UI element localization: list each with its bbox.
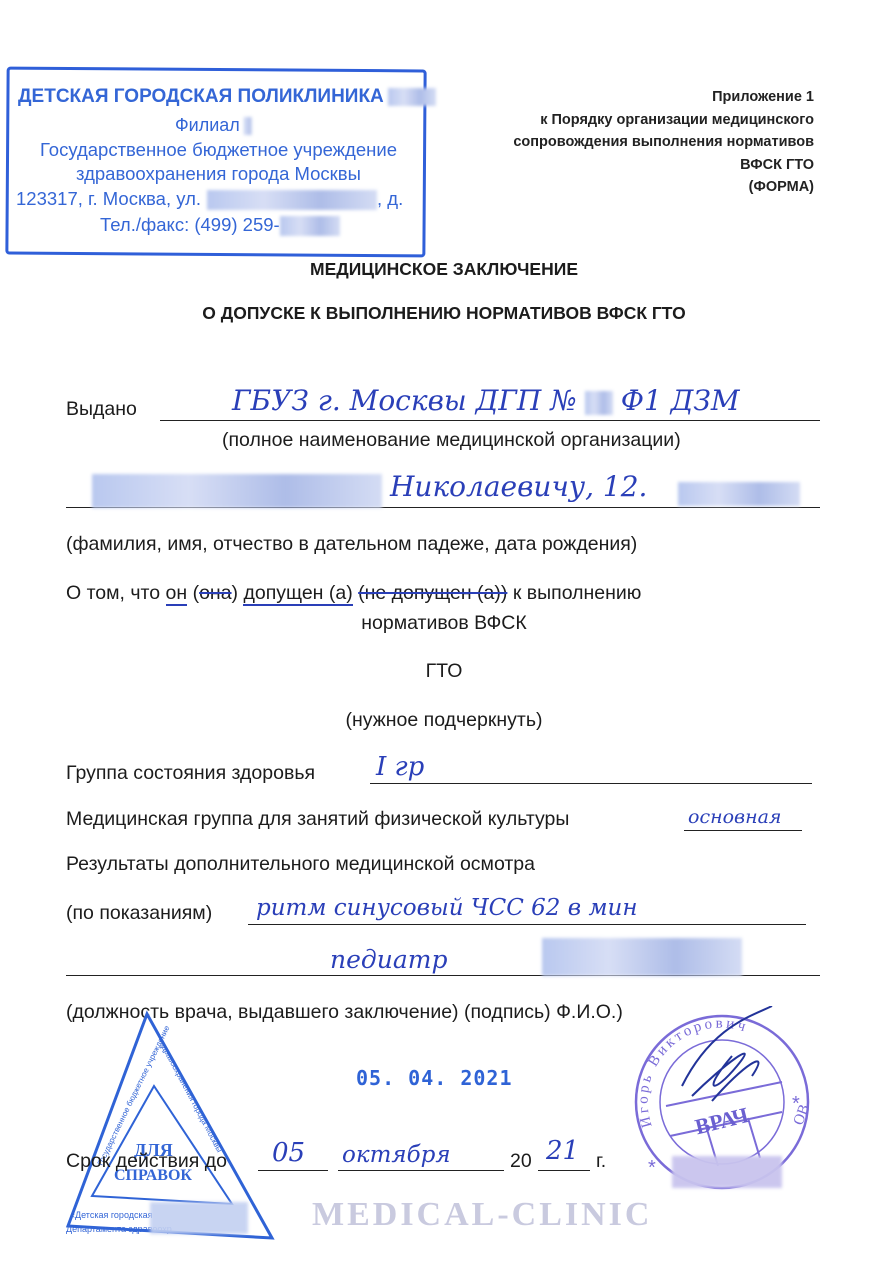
pe-group-line	[684, 830, 802, 831]
validity-month[interactable]: октября	[342, 1142, 451, 1168]
appendix-line3: сопровождения выполнения нормативов	[513, 131, 814, 154]
indications-line	[248, 924, 806, 925]
redacted-block	[542, 938, 742, 976]
option-she[interactable]: (она)	[193, 582, 238, 604]
validity-year-line	[538, 1170, 590, 1171]
appendix-line2: к Порядку организации медицинского	[513, 109, 814, 132]
issued-caption: (полное наименование медицинской организ…	[222, 429, 681, 452]
patient-value[interactable]: Николаевичу, 12.	[390, 470, 647, 503]
patient-name-redacted	[92, 474, 382, 508]
validity-month-line	[338, 1170, 504, 1171]
redacted-block	[585, 391, 613, 415]
health-group-value[interactable]: I гр	[376, 752, 424, 782]
issued-value[interactable]: ГБУЗ г. Москвы ДГП №Ф1 ДЗМ	[232, 384, 740, 417]
appendix-line1: Приложение 1	[513, 86, 814, 109]
svg-text:здравоохранения города Москвы: здравоохранения города Москвы	[158, 1041, 224, 1154]
doctor-stamp-icon: Игорь Викторович ВРАЧ ОВ * *	[622, 1006, 832, 1196]
redacted-block	[92, 474, 382, 508]
clinic-stamp-line1: ДЕТСКАЯ ГОРОДСКАЯ ПОЛИКЛИНИКА	[18, 86, 436, 108]
redacted-block	[280, 216, 340, 236]
validity-year-prefix: 20	[510, 1150, 532, 1173]
appendix-line4: ВФСК ГТО	[513, 154, 814, 177]
validity-year-mark: г.	[596, 1150, 606, 1173]
admission-note: (нужное подчеркнуть)	[0, 709, 888, 732]
clinic-stamp-line3: Государственное бюджетное учреждение	[40, 139, 397, 161]
document-title: МЕДИЦИНСКОЕ ЗАКЛЮЧЕНИЕ	[0, 259, 888, 280]
svg-text:*: *	[792, 1093, 800, 1115]
redacted-block	[388, 88, 436, 106]
appendix-block: Приложение 1 к Порядку организации медиц…	[513, 86, 814, 199]
indications-label: (по показаниям)	[66, 902, 212, 925]
date-stamp: 05. 04. 2021	[356, 1066, 513, 1090]
validity-day-line	[258, 1170, 328, 1171]
admission-line3: ГТО	[0, 660, 888, 683]
doctor-name-redacted	[542, 938, 742, 976]
svg-text:ВРАЧ: ВРАЧ	[692, 1102, 750, 1139]
redacted-block	[207, 190, 377, 210]
validity-label: Срок действия до	[66, 1150, 227, 1173]
option-not-admitted[interactable]: (не допущен (а))	[358, 582, 507, 604]
health-group-label: Группа состояния здоровья	[66, 762, 315, 785]
pe-group-label: Медицинская группа для занятий физическо…	[66, 808, 569, 831]
patient-caption: (фамилия, имя, отчество в дательном паде…	[66, 533, 637, 556]
indications-value[interactable]: ритм синусовый ЧСС 62 в мин	[256, 895, 637, 921]
admission-line2: нормативов ВФСК	[0, 612, 888, 635]
clinic-stamp-line6: Тел./факс: (499) 259-	[100, 214, 340, 236]
svg-text:«Детская городская: «Детская городская	[70, 1210, 153, 1220]
redacted-block	[244, 117, 252, 135]
validity-year[interactable]: 21	[546, 1136, 579, 1166]
appendix-line5: (ФОРМА)	[513, 176, 814, 199]
issued-line	[160, 420, 820, 421]
clinic-stamp-line2: Филиал	[175, 115, 252, 136]
doctor-position-value[interactable]: педиатр	[330, 945, 447, 974]
redacted-block	[678, 482, 800, 506]
watermark: MEDICAL-CLINIC	[312, 1196, 652, 1234]
validity-day[interactable]: 05	[272, 1138, 305, 1168]
admission-sentence: О том, что он (она) допущен (а) (не допу…	[66, 582, 641, 605]
clinic-stamp-line5: 123317, г. Москва, ул., д.	[16, 188, 403, 210]
patient-birthdate-redacted	[678, 482, 800, 506]
clinic-stamp-line4: здравоохранения города Москвы	[76, 163, 361, 185]
option-he[interactable]: он	[166, 582, 188, 606]
issued-label: Выдано	[66, 398, 137, 421]
extra-exam-label: Результаты дополнительного медицинской о…	[66, 853, 535, 876]
document-subtitle: О ДОПУСКЕ К ВЫПОЛНЕНИЮ НОРМАТИВОВ ВФСК Г…	[0, 303, 888, 324]
triangle-stamp-icon: Государственное бюджетное учреждение здр…	[62, 1006, 282, 1246]
pe-group-value[interactable]: основная	[688, 806, 782, 828]
health-group-line	[370, 783, 812, 784]
option-admitted[interactable]: допущен (а)	[243, 582, 352, 606]
svg-text:*: *	[648, 1157, 656, 1179]
